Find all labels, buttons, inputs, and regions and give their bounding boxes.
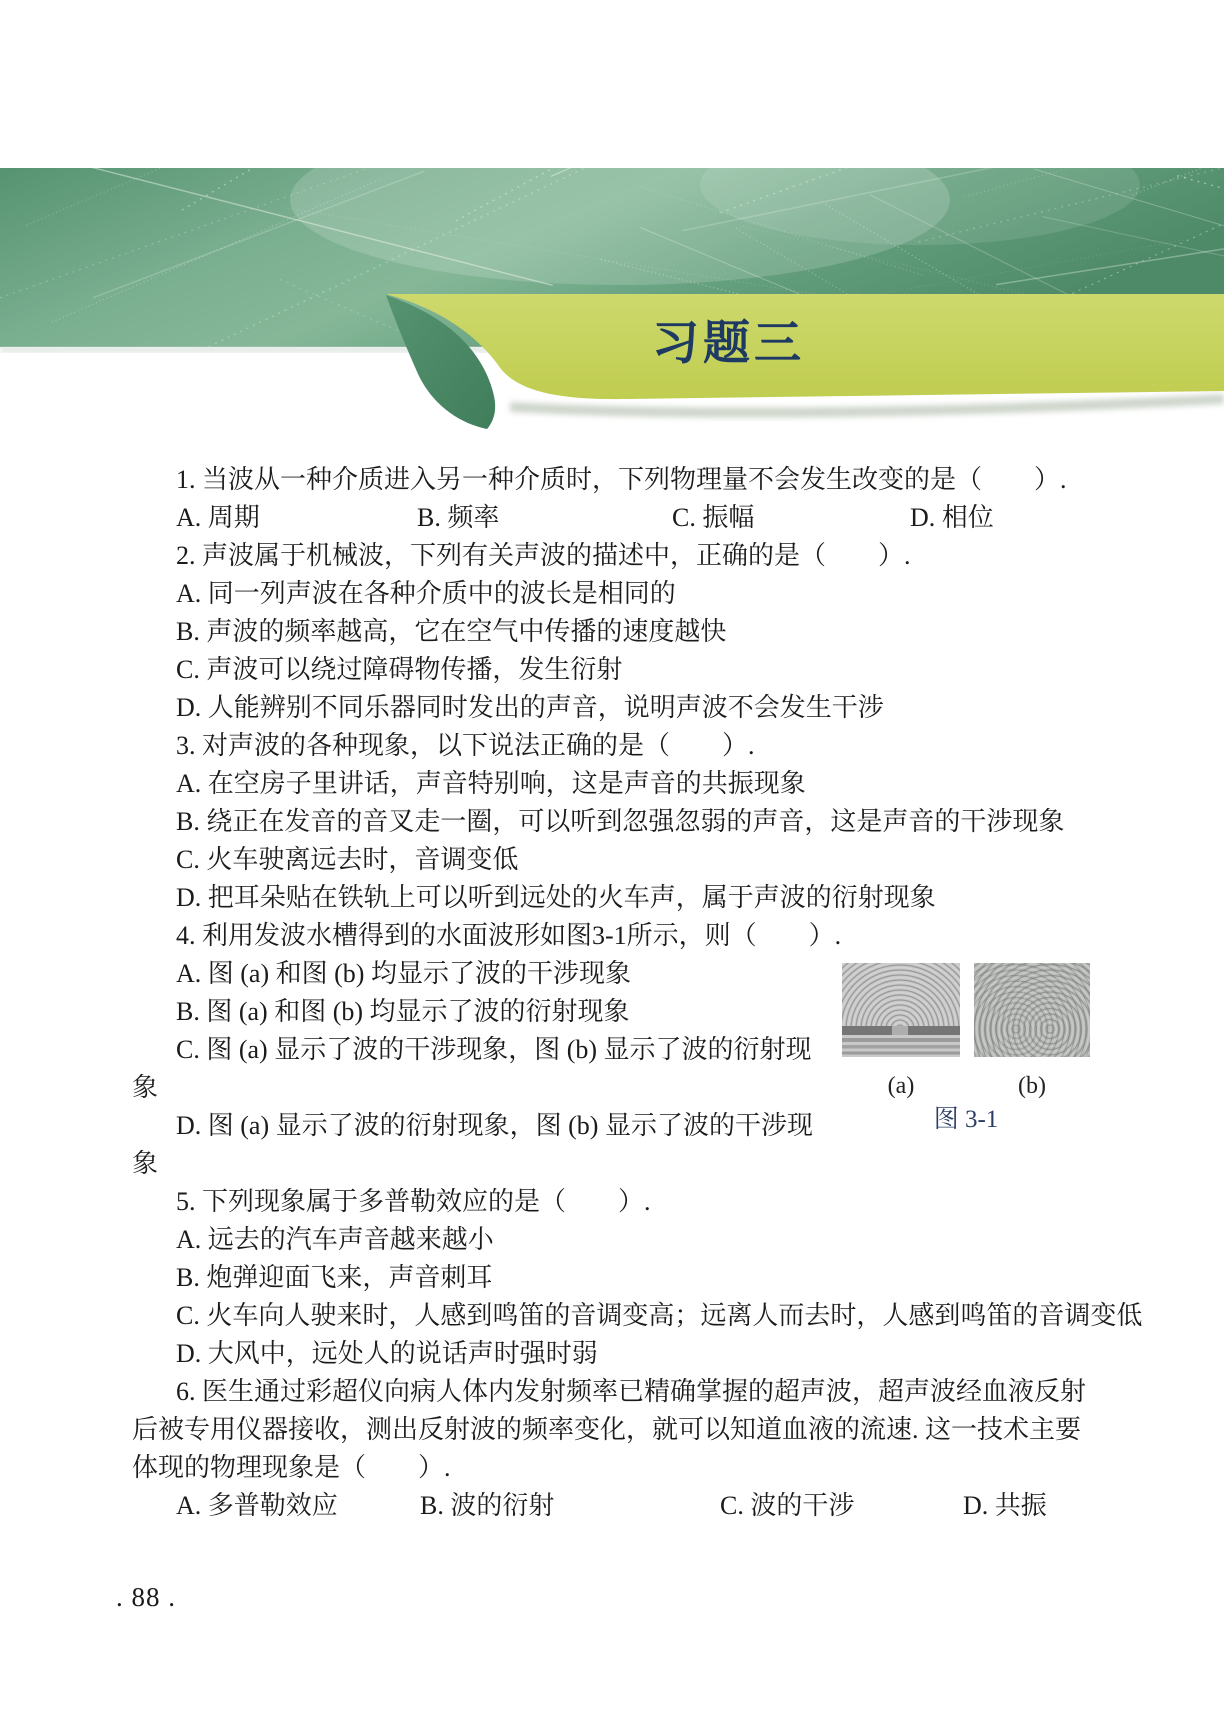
wave-photo-b: [974, 963, 1090, 1057]
option-text: A. 远去的汽车声音越来越小: [132, 1221, 1090, 1259]
figure-sublabels: (a) (b): [842, 1073, 1090, 1099]
question-5-stem: 5. 下列现象属于多普勒效应的是（ ）.: [132, 1183, 1090, 1221]
textbook-page: 习题三 1. 当波从一种介质进入另一种介质时，下列物理量不会发生改变的是（ ）.…: [0, 0, 1224, 1717]
question-4-options-block: (a) (b) 图 3-1 A. 图 (a) 和图 (b) 均显示了波的干涉现象…: [132, 955, 1090, 1183]
option-text: D. 把耳朵贴在铁轨上可以听到远处的火车声，属于声波的衍射现象: [132, 879, 1090, 917]
question-6-stem: 6. 医生通过彩超仪向病人体内发射频率已精确掌握的超声波，超声波经血液反射后被专…: [132, 1373, 1090, 1487]
option-label: C. 波的干涉: [720, 1487, 854, 1525]
question-6-options: A. 多普勒效应 B. 波的衍射 C. 波的干涉 D. 共振: [132, 1487, 1090, 1525]
figure-label-a: (a): [842, 1073, 960, 1099]
wave-photo-a: [842, 963, 960, 1057]
option-text: A. 在空房子里讲话，声音特别响，这是声音的共振现象: [132, 765, 1090, 803]
option-text: D. 人能辨别不同乐器同时发出的声音，说明声波不会发生干涉: [132, 689, 1090, 727]
option-text: B. 声波的频率越高，它在空气中传播的速度越快: [132, 613, 1090, 651]
page-number: . 88 .: [116, 1582, 176, 1613]
option-label: D. 相位: [910, 499, 994, 537]
option-label: B. 波的衍射: [420, 1487, 554, 1525]
figure-label-b: (b): [974, 1073, 1090, 1099]
option-label: A. 周期: [176, 499, 260, 537]
option-label: A. 多普勒效应: [176, 1487, 338, 1525]
option-text: B. 绕正在发音的音叉走一圈，可以听到忽强忽弱的声音，这是声音的干涉现象: [132, 803, 1090, 841]
question-1-options: A. 周期 B. 频率 C. 振幅 D. 相位: [132, 499, 1090, 537]
figure-3-1: (a) (b) 图 3-1: [842, 963, 1090, 1134]
option-text: D. 大风中，远处人的说话声时强时弱: [132, 1335, 1090, 1373]
option-text: C. 声波可以绕过障碍物传播，发生衍射: [132, 651, 1090, 689]
page-title: 习题三: [652, 314, 952, 374]
figure-photos: [842, 963, 1090, 1057]
option-label: D. 共振: [963, 1487, 1047, 1525]
option-text: C. 火车驶离远去时，音调变低: [132, 841, 1090, 879]
header-banner: [0, 0, 1224, 440]
question-3-stem: 3. 对声波的各种现象，以下说法正确的是（ ）.: [132, 727, 1090, 765]
exercise-content: 1. 当波从一种介质进入另一种介质时，下列物理量不会发生改变的是（ ）. A. …: [132, 461, 1090, 1525]
question-1-stem: 1. 当波从一种介质进入另一种介质时，下列物理量不会发生改变的是（ ）.: [132, 461, 1090, 499]
option-text: B. 炮弹迎面飞来，声音刺耳: [132, 1259, 1090, 1297]
option-label: B. 频率: [417, 499, 499, 537]
option-text: C. 火车向人驶来时，人感到鸣笛的音调变高；远离人而去时，人感到鸣笛的音调变低: [132, 1297, 1090, 1335]
option-label: C. 振幅: [672, 499, 754, 537]
option-text: A. 同一列声波在各种介质中的波长是相同的: [132, 575, 1090, 613]
question-4-stem: 4. 利用发波水槽得到的水面波形如图3-1所示，则（ ）.: [132, 917, 1090, 955]
figure-caption: 图 3-1: [842, 1106, 1090, 1134]
question-2-stem: 2. 声波属于机械波，下列有关声波的描述中，正确的是（ ）.: [132, 537, 1090, 575]
